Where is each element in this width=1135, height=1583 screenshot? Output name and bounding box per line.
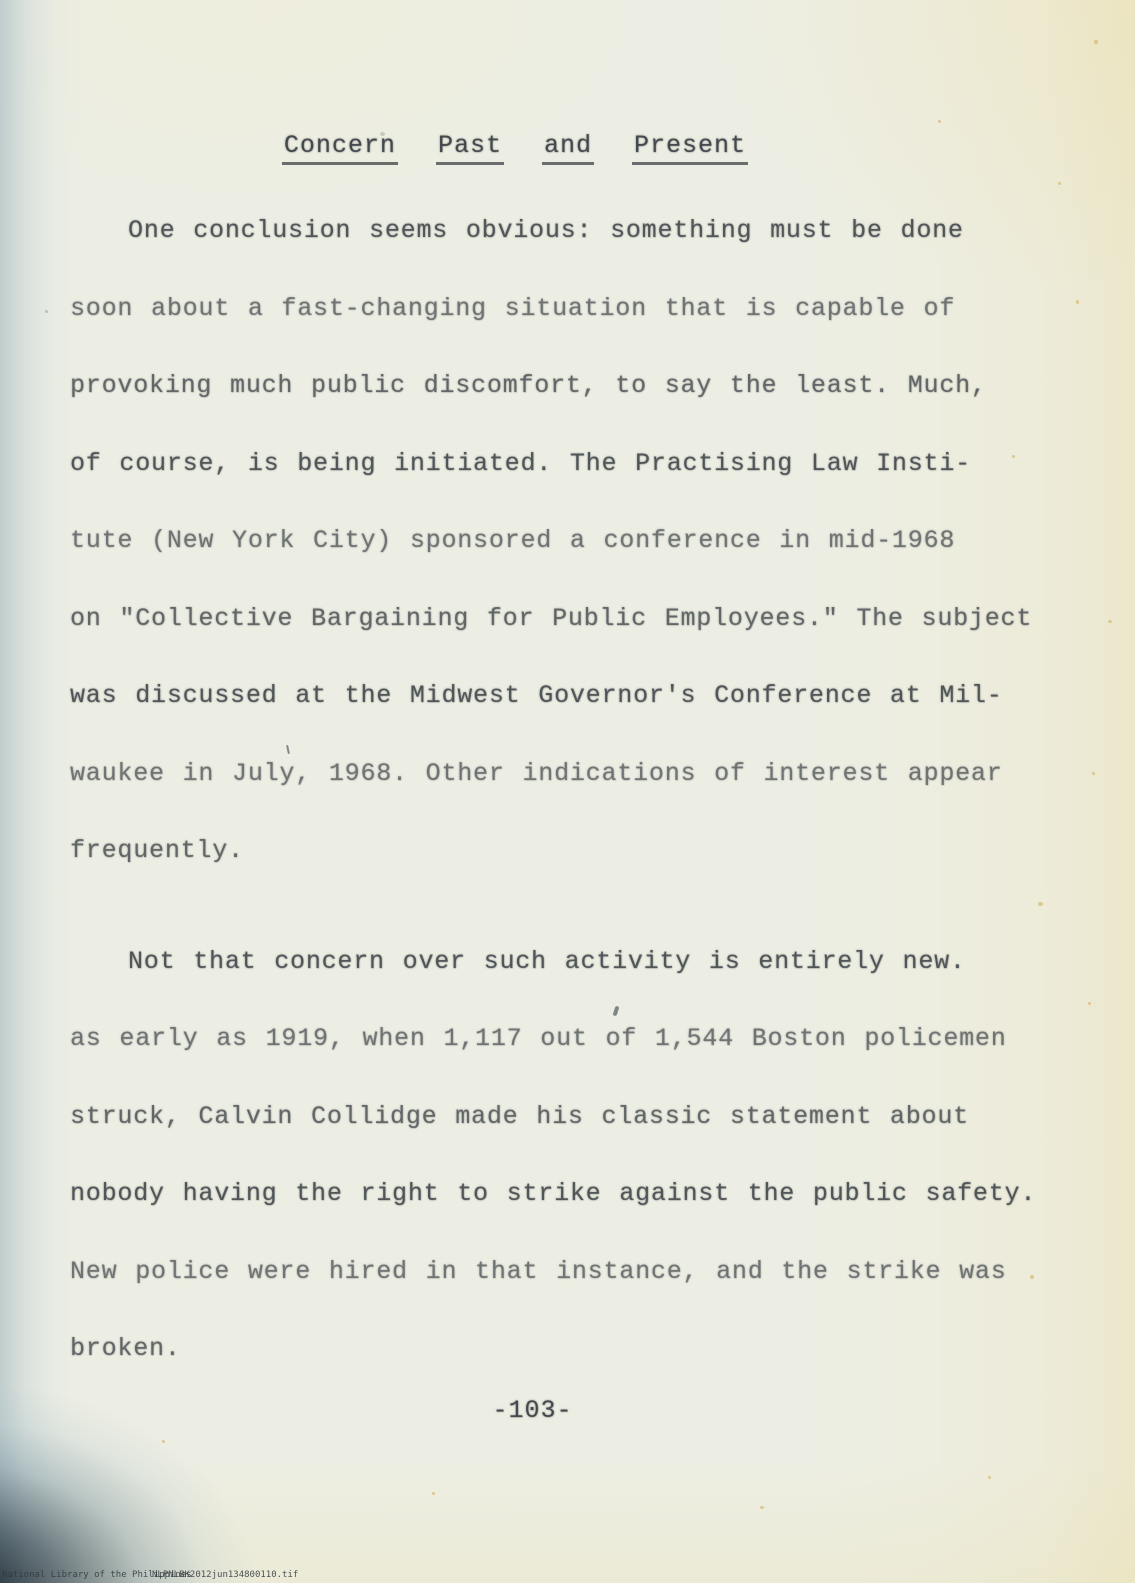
scanned-document-page: { "page": { "title_words": ["Concern", "…: [0, 0, 1135, 1583]
scan-filename: NLPNLBK2012jun134800110.tif: [152, 1568, 298, 1582]
text-line: Not that concern over such activity is e…: [70, 923, 1050, 1001]
title-word: Past: [436, 131, 504, 165]
text-line: provoking much public discomfort, to say…: [70, 347, 1050, 425]
page-title: Concern Past and Present: [0, 131, 1030, 165]
paragraph: Not that concern over such activity is e…: [70, 923, 1050, 1388]
page-number: -103-: [0, 1396, 1065, 1425]
text-line: was discussed at the Midwest Governor's …: [70, 657, 1050, 735]
text-line: nobody having the right to strike agains…: [70, 1155, 1050, 1233]
text-line: broken.: [70, 1310, 1050, 1388]
document-body: One conclusion seems obvious: something …: [70, 192, 1050, 1388]
title-word: Present: [632, 131, 748, 165]
text-line: of course, is being initiated. The Pract…: [70, 425, 1050, 503]
text-line: as early as 1919, when 1,117 out of 1,54…: [70, 1000, 1050, 1078]
paragraph: One conclusion seems obvious: something …: [70, 192, 1050, 890]
text-line: struck, Calvin Collidge made his classic…: [70, 1078, 1050, 1156]
text-line: on "Collective Bargaining for Public Emp…: [70, 580, 1050, 658]
text-line: frequently.: [70, 812, 1050, 890]
scan-footer: National Library of the Philippines NLPN…: [0, 1568, 1135, 1582]
text-line: New police were hired in that instance, …: [70, 1233, 1050, 1311]
text-line: soon about a fast-changing situation tha…: [70, 270, 1050, 348]
text-line: waukee in July, 1968. Other indications …: [70, 735, 1050, 813]
title-word: Concern: [282, 131, 398, 165]
text-line: One conclusion seems obvious: something …: [70, 192, 1050, 270]
text-line: tute (New York City) sponsored a confere…: [70, 502, 1050, 580]
title-word: and: [542, 131, 594, 165]
